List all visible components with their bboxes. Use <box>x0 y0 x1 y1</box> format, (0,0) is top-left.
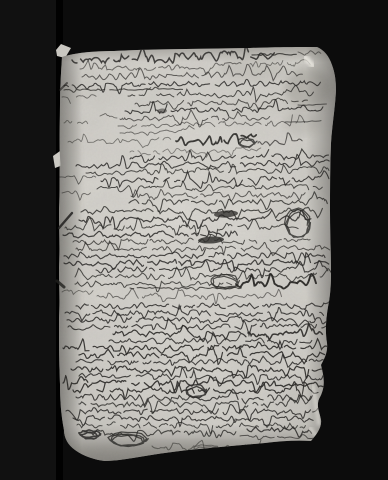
archival-scan-viewport <box>0 0 388 480</box>
manuscript-scan-image <box>0 0 388 480</box>
paper-surface <box>50 40 346 470</box>
manuscript-page <box>50 40 346 470</box>
background-left-column <box>0 0 56 480</box>
paper-grain-texture <box>50 40 346 470</box>
